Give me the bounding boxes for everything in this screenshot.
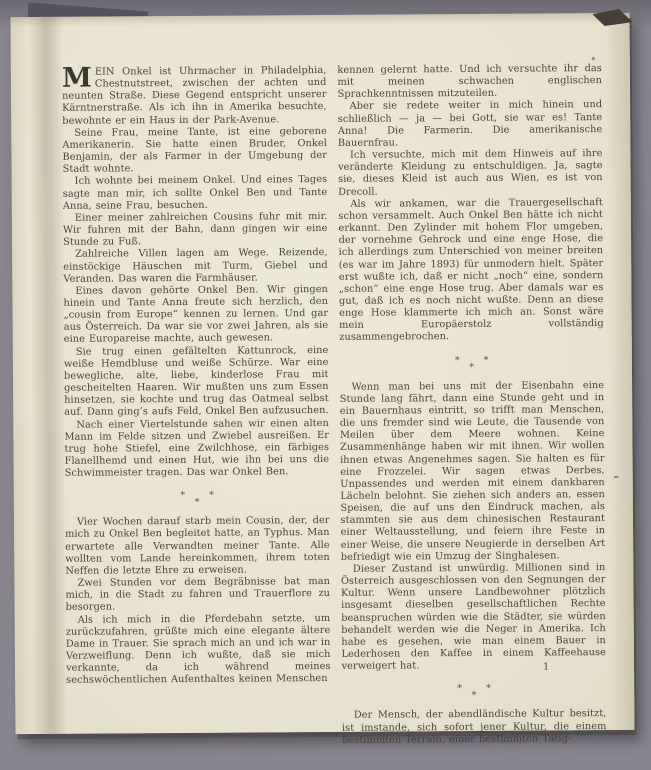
right-column: kennen gelernt hatte. Und ich versuchte …	[337, 63, 606, 747]
paragraph: Ich versuchte, mich mit dem Hinweis auf …	[338, 148, 603, 198]
drop-cap: M	[62, 67, 95, 89]
book-page: MEIN Onkel ist Uhrmacher in Philadelphia…	[11, 13, 635, 734]
paragraph: Vier Wochen darauf starb mein Cousin, de…	[65, 515, 330, 578]
asterism-star: *	[339, 363, 604, 373]
paper-speck	[592, 57, 595, 60]
paragraph: Sie trug einen gefältelten Kattunrock, e…	[64, 345, 329, 420]
asterism-separator: * **	[342, 683, 607, 701]
paragraph: Nach einer Viertelstunde sahen wir einen…	[64, 417, 329, 480]
paper-speck	[614, 476, 619, 478]
paragraph: MEIN Onkel ist Uhrmacher in Philadelphia…	[62, 65, 327, 128]
paragraph: Dieser Zustand ist unwürdig. Millionen s…	[341, 562, 606, 673]
left-column: MEIN Onkel ist Uhrmacher in Philadelphia…	[62, 65, 331, 749]
asterism-separator: * **	[339, 355, 604, 373]
gutter-crease	[11, 17, 68, 734]
text-block: MEIN Onkel ist Uhrmacher in Philadelphia…	[62, 63, 607, 749]
paragraph: Einer meiner zahlreichen Cousins fuhr mi…	[63, 211, 328, 249]
paragraph: Zwei Stunden vor dem Begräbnisse bat man…	[65, 576, 330, 614]
page-right-edge-shading	[605, 13, 634, 730]
paragraph: Eines davon gehörte Onkel Ben. Wir ginge…	[63, 284, 328, 347]
asterism-separator: * **	[65, 490, 330, 508]
paragraph: Ich wohnte bei meinem Onkel. Und eines T…	[63, 174, 328, 212]
scanned-document: MEIN Onkel ist Uhrmacher in Philadelphia…	[0, 0, 651, 770]
paragraph: Als wir ankamen, war die Trauergesellsch…	[338, 197, 604, 345]
paragraph: Als ich mich in die Pferdebahn setzte, u…	[66, 613, 331, 688]
paragraph-text: EIN Onkel ist Uhrmacher in Philadelphia,…	[62, 65, 327, 126]
paragraph: Wenn man bei uns mit der Eisenbahn eine …	[340, 380, 606, 564]
paragraph: kennen gelernt hatte. Und ich versuchte …	[337, 63, 602, 101]
paragraph: Seine Frau, meine Tante, ist eine gebore…	[62, 126, 327, 176]
paragraph: Zahlreiche Villen lagen am Wege. Reizend…	[63, 247, 328, 285]
asterism-star: *	[65, 498, 330, 508]
asterism-star: *	[342, 691, 607, 701]
paragraph: Der Mensch, der abendländische Kultur be…	[342, 708, 607, 746]
paragraph: Aber sie redete weiter in mich hinein un…	[338, 100, 603, 150]
page-number: 1	[543, 661, 549, 672]
